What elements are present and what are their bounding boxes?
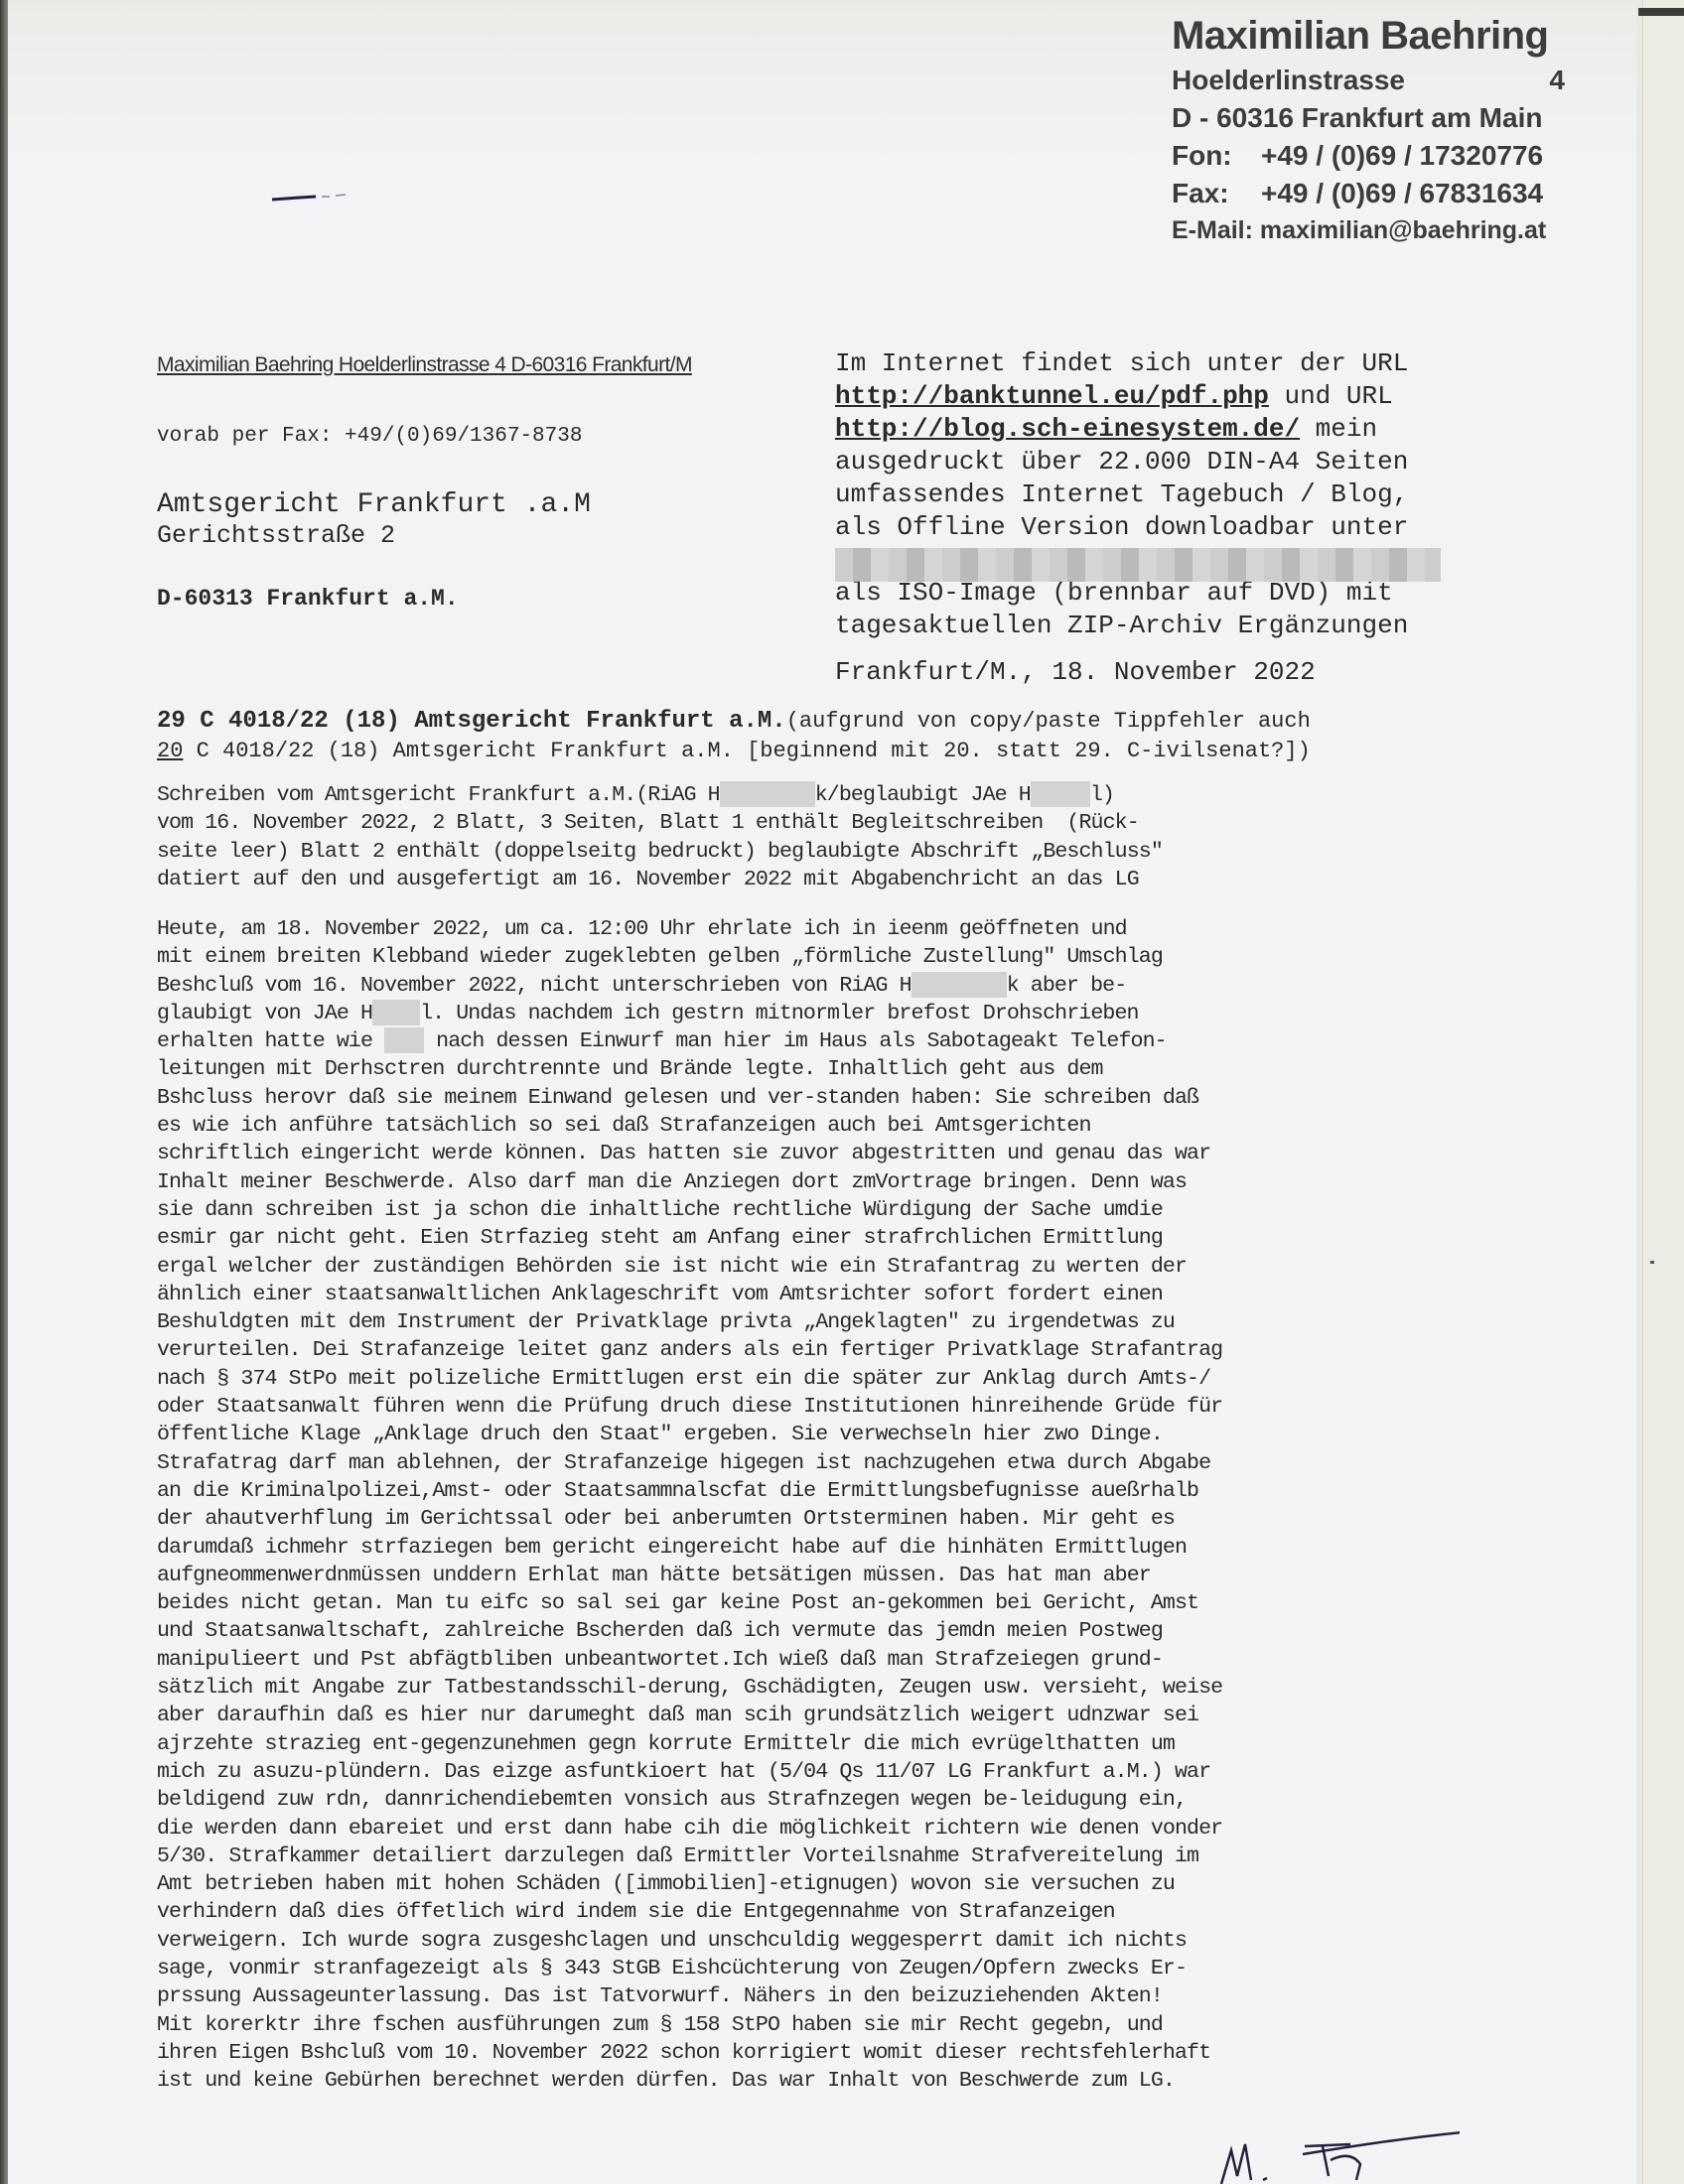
letterhead-fax: Fax: +49 / (0)69 / 67831634 [1172, 175, 1565, 212]
letterhead: Maximilian Baehring Hoelderlinstrasse 4 … [1172, 10, 1565, 248]
body-line: verhindern daß dies öffetlich wird indem… [157, 1898, 1507, 1926]
body-line: es wie ich anführe tatsächlich so sei da… [157, 1112, 1507, 1140]
pen-mark [270, 193, 350, 203]
scan-speck [1650, 1261, 1654, 1264]
banktunnel-link[interactable]: http://banktunnel.eu/pdf.php [835, 381, 1269, 411]
info-line: umfassendes Internet Tagebuch / Blog, [835, 478, 1490, 511]
info-line: Im Internet findet sich unter der URL [835, 347, 1490, 380]
handwritten-signature [1201, 2120, 1460, 2184]
body-line: schriftlich eingericht werde können. Das… [157, 1140, 1507, 1167]
recipient-name: Amtsgericht Frankfurt .a.M [157, 489, 591, 520]
body-line: Inhalt meiner Beschwerde. Also darf man … [157, 1168, 1507, 1196]
body-line: oder Staatsanwalt führen wenn die Prüfun… [157, 1393, 1507, 1421]
body-line: Heute, am 18. November 2022, um ca. 12:0… [157, 915, 1507, 943]
case-reference: 29 C 4018/22 (18) Amtsgericht Frankfurt … [157, 708, 786, 735]
paragraph-1: Schreiben vom Amtsgericht Frankfurt a.M.… [157, 781, 1507, 893]
letter-date: Frankfurt/M., 18. November 2022 [835, 656, 1490, 689]
letterhead-house-number: 4 [1549, 62, 1565, 99]
body-line: Beshcluß vom 16. November 2022, nicht un… [157, 972, 1507, 1000]
blog-link[interactable]: http://blog.sch-einesystem.de/ [835, 414, 1300, 444]
body-line: esmir gar nicht geht. Eien Strfazieg ste… [157, 1224, 1507, 1252]
phone-number: +49 / (0)69 / 17320776 [1261, 137, 1543, 175]
body-line: und Staatsanwaltschaft, zahlreiche Bsche… [157, 1617, 1507, 1645]
redaction-blur [384, 1027, 424, 1053]
body-line: der ahautverhflung im Gerichtssal oder b… [157, 1505, 1507, 1533]
scan-edge-dark [1638, 8, 1684, 16]
body-line: beides nicht getan. Man tu eifc so sal s… [157, 1589, 1507, 1617]
body-line: mich zu asuzu-plündern. Das eizge asfunt… [157, 1758, 1507, 1786]
body-line: verurteilen. Dei Strafanzeige leitet gan… [157, 1336, 1507, 1364]
info-line: tagesaktuellen ZIP-Archiv Ergänzungen [835, 610, 1490, 642]
alt-case-prefix: 20 [157, 739, 183, 763]
body-line: sätzlich mit Angabe zur Tatbestandsschil… [157, 1674, 1507, 1702]
body-line: glaubigt von JAe Hl. Undas nachdem ich g… [157, 1000, 1507, 1027]
alt-case-rest: C 4018/22 (18) Amtsgericht Frankfurt a.M… [183, 739, 1310, 763]
body-line: mit einem breiten Klebband wieder zugekl… [157, 943, 1507, 971]
body-line: beldigend zuw rdn, dannrichendiebemten v… [157, 1786, 1507, 1814]
body-line: ihren Eigen Bshcluß vom 10. November 202… [157, 2039, 1507, 2067]
info-line-url1: http://banktunnel.eu/pdf.php und URL [835, 380, 1490, 413]
body-line: verweigern. Ich wurde sogra zusgeshclage… [157, 1927, 1507, 1955]
letterhead-name: Maximilian Baehring [1172, 10, 1565, 62]
sender-return-address: Maximilian Baehring Hoelderlinstrasse 4 … [157, 353, 692, 377]
body-line: manipulieert und Pst abfägtbliben unbean… [157, 1646, 1507, 1674]
info-box: Im Internet findet sich unter der URL ht… [835, 347, 1490, 689]
body-line: ajrzehte strazieg ent-gegenzunehmen gegn… [157, 1730, 1507, 1758]
body-line: die werden dann ebareiet und erst dann h… [157, 1815, 1507, 1843]
body-line: Amt betrieben haben mit hohen Schäden ([… [157, 1870, 1507, 1898]
next-page-edge [1642, 0, 1684, 2184]
letterhead-city: D - 60316 Frankfurt am Main [1172, 99, 1565, 137]
redaction-blur [720, 781, 815, 807]
body-line: nach § 374 StPo meit polizeliche Ermittl… [157, 1365, 1507, 1393]
info-line: als Offline Version downloadbar unter [835, 511, 1490, 544]
redaction-blur [1031, 781, 1090, 807]
recipient-street: Gerichtsstraße 2 [157, 521, 395, 550]
body-line: Schreiben vom Amtsgericht Frankfurt a.M.… [157, 781, 1507, 809]
body-line: ähnlich einer staatsanwaltlichen Anklage… [157, 1281, 1507, 1308]
body-line: leitungen mit Derhsctren durchtrennte un… [157, 1055, 1507, 1083]
body-line: aber daraufhin daß es hier nur darumeght… [157, 1702, 1507, 1729]
body-line: an die Kriminalpolizei,Amst- oder Staats… [157, 1477, 1507, 1505]
subject-line-2: 20 C 4018/22 (18) Amtsgericht Frankfurt … [157, 737, 1507, 766]
redaction-blur [912, 972, 1007, 998]
body-line: ergal welcher der zuständigen Behörden s… [157, 1253, 1507, 1281]
body-line: Strafatrag darf man ablehnen, der Strafa… [157, 1449, 1507, 1477]
redaction-blur [835, 548, 1441, 582]
paragraph-2: Heute, am 18. November 2022, um ca. 12:0… [157, 915, 1507, 2095]
body-line: datiert auf den und ausgefertigt am 16. … [157, 866, 1507, 893]
subject-line-1: 29 C 4018/22 (18) Amtsgericht Frankfurt … [157, 707, 1507, 737]
body-line: erhalten hatte wie nach dessen Einwurf m… [157, 1027, 1507, 1055]
body-line: Mit korerktr ihre fschen ausführungen zu… [157, 2011, 1507, 2039]
fax-label: Fax: [1172, 175, 1261, 212]
info-line: ausgedruckt über 22.000 DIN-A4 Seiten [835, 446, 1490, 478]
body-lines: leitungen mit Derhsctren durchtrennte un… [157, 1055, 1507, 2095]
redacted-url [835, 544, 1490, 577]
body-line: Bshcluss herovr daß sie meinem Einwand g… [157, 1084, 1507, 1112]
body-line: sie dann schreiben ist ja schon die inha… [157, 1196, 1507, 1224]
letterhead-email: E-Mail: maximilian@baehring.at [1172, 212, 1565, 248]
body-line: prssung Aussageunterlassung. Das ist Tat… [157, 1982, 1507, 2010]
body-line: darumdaß ichmehr strfaziegen bem gericht… [157, 1534, 1507, 1562]
redaction-blur [372, 1000, 420, 1025]
body-line: 5/30. Strafkammer detailiert darzulegen … [157, 1843, 1507, 1870]
fax-number: +49 / (0)69 / 67831634 [1261, 175, 1543, 212]
scan-edge-shadow [0, 0, 8, 2184]
fax-advance-note: vorab per Fax: +49/(0)69/1367-8738 [157, 425, 582, 448]
letterhead-street-name: Hoelderlinstrasse [1172, 62, 1405, 99]
phone-label: Fon: [1172, 137, 1261, 175]
info-line-url2: http://blog.sch-einesystem.de/ mein [835, 413, 1490, 446]
subject: 29 C 4018/22 (18) Amtsgericht Frankfurt … [157, 707, 1507, 766]
body-line: vom 16. November 2022, 2 Blatt, 3 Seiten… [157, 809, 1507, 837]
letterhead-street: Hoelderlinstrasse 4 [1172, 62, 1565, 99]
body-line: ist und keine Gebürhen berechnet werden … [157, 2067, 1507, 2095]
recipient-city: D-60313 Frankfurt a.M. [157, 586, 459, 612]
case-note: (aufgrund von copy/paste Tippfehler auch [786, 709, 1311, 734]
letterhead-phone: Fon: +49 / (0)69 / 17320776 [1172, 137, 1565, 175]
body-line: aufgneommenwerdnmüssen unddern Erhlat ma… [157, 1562, 1507, 1589]
body-line: öffentliche Klage „Anklage druch den Sta… [157, 1421, 1507, 1448]
body-line: sage, vonmir stranfagezeigt als § 343 St… [157, 1955, 1507, 1982]
body-line: seite leer) Blatt 2 enthält (doppelseitg… [157, 838, 1507, 866]
body-line: Beshuldgten mit dem Instrument der Priva… [157, 1308, 1507, 1336]
